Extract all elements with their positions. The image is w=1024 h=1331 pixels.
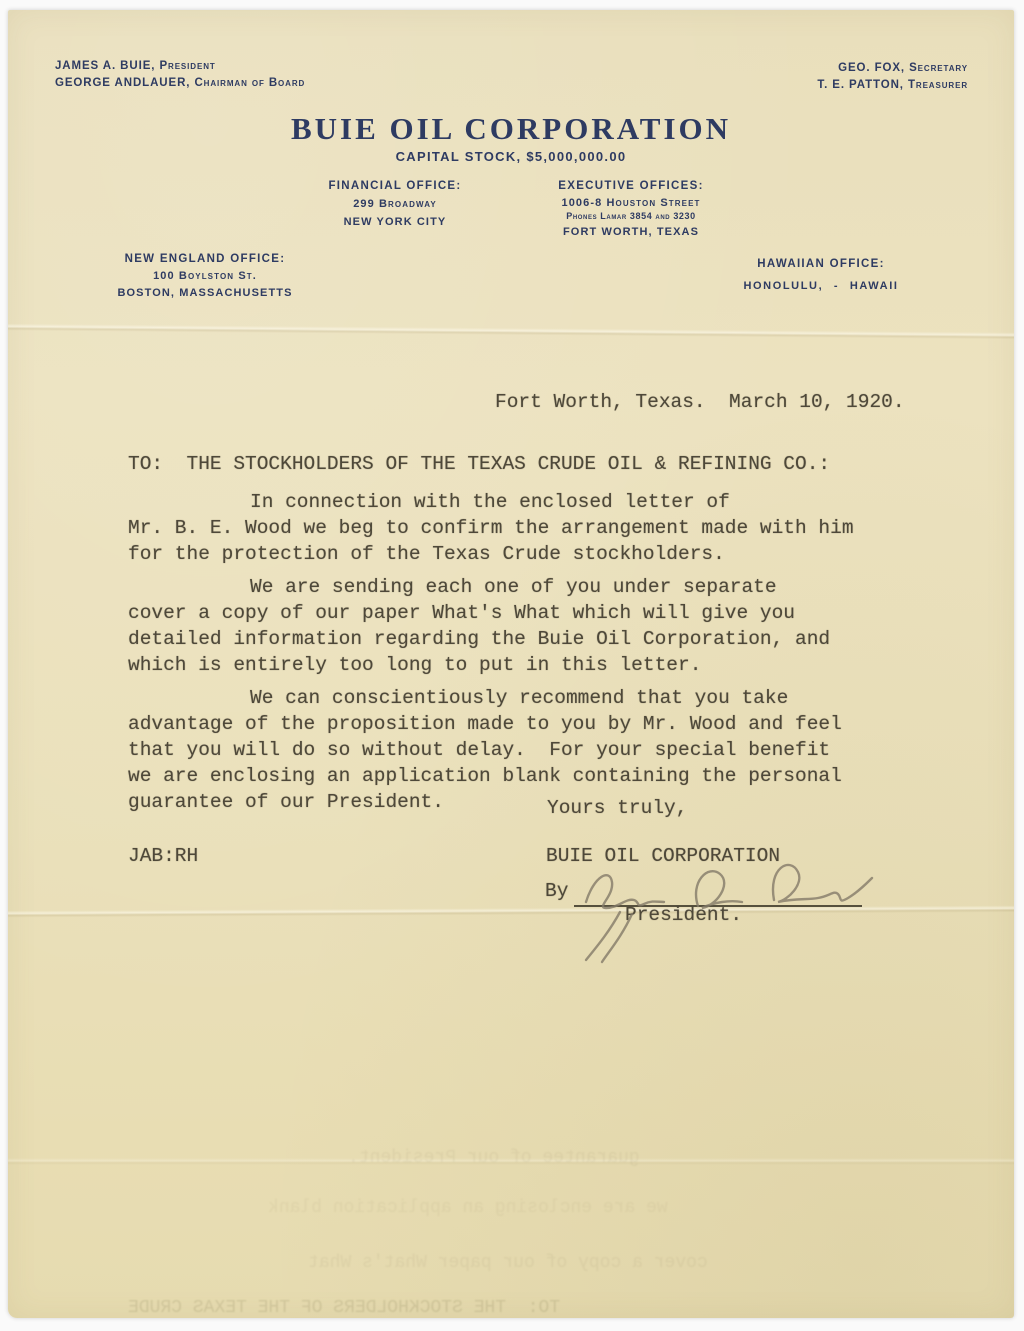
typed-line: which is entirely too long to put in thi… — [128, 652, 888, 678]
letter-paragraph: We are sending each one of you under sep… — [128, 574, 888, 678]
typed-line: Mr. B. E. Wood we beg to confirm the arr… — [128, 515, 888, 541]
financial-office-block: FINANCIAL OFFICE: 299 BroadwayNEW YORK C… — [328, 180, 461, 228]
typed-line: that you will do so without delay. For y… — [128, 737, 888, 763]
salutation-line: TO: THE STOCKHOLDERS OF THE TEXAS CRUDE … — [128, 451, 830, 477]
office-address-line: NEW YORK CITY — [328, 216, 461, 228]
typed-line: We can conscientiously recommend that yo… — [128, 685, 888, 711]
office-address-line: 100 Boylston St. — [117, 270, 292, 282]
bleedthrough-text: we are enclosing an application blank — [268, 1198, 668, 1218]
officer-name-line: JAMES A. BUIE, President — [55, 58, 305, 75]
bleedthrough-text: TO: THE STOCKHOLDERS OF THE TEXAS CRUDE — [128, 1298, 560, 1318]
by-label: By — [545, 878, 568, 904]
office-address-line: 299 Broadway — [328, 198, 461, 210]
typed-line: for the protection of the Texas Crude st… — [128, 541, 888, 567]
bleedthrough-text: guarantee of our President. — [348, 1148, 640, 1168]
typed-line: detailed information regarding the Buie … — [128, 626, 888, 652]
scanned-letter-page: { "colors": { "paper": "#eadfba", "lette… — [0, 0, 1024, 1331]
hawaiian-office-block: HAWAIIAN OFFICE: HONOLULU, - HAWAII — [743, 258, 898, 292]
officers-right-block: GEO. FOX, SecretaryT. E. PATTON, Treasur… — [817, 60, 968, 94]
fold-crease-middle — [8, 905, 1014, 917]
company-signature-line: BUIE OIL CORPORATION — [546, 843, 780, 869]
office-address-line: 1006-8 Houston Street — [558, 197, 703, 209]
capital-stock-line: CAPITAL STOCK, $5,000,000.00 — [8, 149, 1014, 164]
company-name-title: BUIE OIL CORPORATION — [8, 111, 1014, 147]
dateline: Fort Worth, Texas. March 10, 1920. — [495, 389, 905, 415]
new-england-office-block: NEW ENGLAND OFFICE: 100 Boylston St.BOST… — [117, 253, 292, 299]
closing-line: Yours truly, — [547, 795, 687, 821]
officer-name-line: GEORGE ANDLAUER, Chairman of Board — [55, 75, 305, 92]
typed-line: In connection with the enclosed letter o… — [128, 489, 888, 515]
typed-line: advantage of the proposition made to you… — [128, 711, 888, 737]
typist-initials: JAB:RH — [128, 843, 198, 869]
letter-paragraph: In connection with the enclosed letter o… — [128, 489, 888, 567]
fold-crease-top — [8, 324, 1014, 340]
new-england-office-heading: NEW ENGLAND OFFICE: — [117, 253, 292, 265]
executive-offices-heading: EXECUTIVE OFFICES: — [558, 180, 703, 192]
letter-paragraph: We can conscientiously recommend that yo… — [128, 685, 888, 815]
office-address-line: HONOLULU, - HAWAII — [743, 280, 898, 292]
typed-line: cover a copy of our paper What's What wh… — [128, 600, 888, 626]
financial-office-lines: 299 BroadwayNEW YORK CITY — [328, 198, 461, 228]
executive-offices-lines: 1006-8 Houston StreetPhones Lamar 3854 a… — [558, 197, 703, 238]
hawaiian-office-heading: HAWAIIAN OFFICE: — [743, 258, 898, 270]
signer-title: President. — [625, 902, 742, 928]
office-address-line: FORT WORTH, TEXAS — [558, 226, 703, 238]
typed-line: we are enclosing an application blank co… — [128, 763, 888, 789]
typed-line: guarantee of our President. — [128, 789, 888, 815]
office-address-line: BOSTON, MASSACHUSETTS — [117, 287, 292, 299]
officers-left-block: JAMES A. BUIE, PresidentGEORGE ANDLAUER,… — [55, 58, 305, 92]
financial-office-heading: FINANCIAL OFFICE: — [328, 180, 461, 192]
letter-body: In connection with the enclosed letter o… — [128, 489, 888, 815]
typed-line: We are sending each one of you under sep… — [128, 574, 888, 600]
new-england-office-lines: 100 Boylston St.BOSTON, MASSACHUSETTS — [117, 270, 292, 299]
officer-name-line: GEO. FOX, Secretary — [817, 60, 968, 77]
bleedthrough-text: cover a copy of our paper What's What — [308, 1253, 708, 1273]
office-address-line: Phones Lamar 3854 and 3230 — [558, 211, 703, 221]
officer-name-line: T. E. PATTON, Treasurer — [817, 77, 968, 94]
executive-offices-block: EXECUTIVE OFFICES: 1006-8 Houston Street… — [558, 180, 703, 238]
hawaiian-office-lines: HONOLULU, - HAWAII — [743, 280, 898, 292]
letter-paper-sheet: JAMES A. BUIE, PresidentGEORGE ANDLAUER,… — [8, 10, 1014, 1318]
